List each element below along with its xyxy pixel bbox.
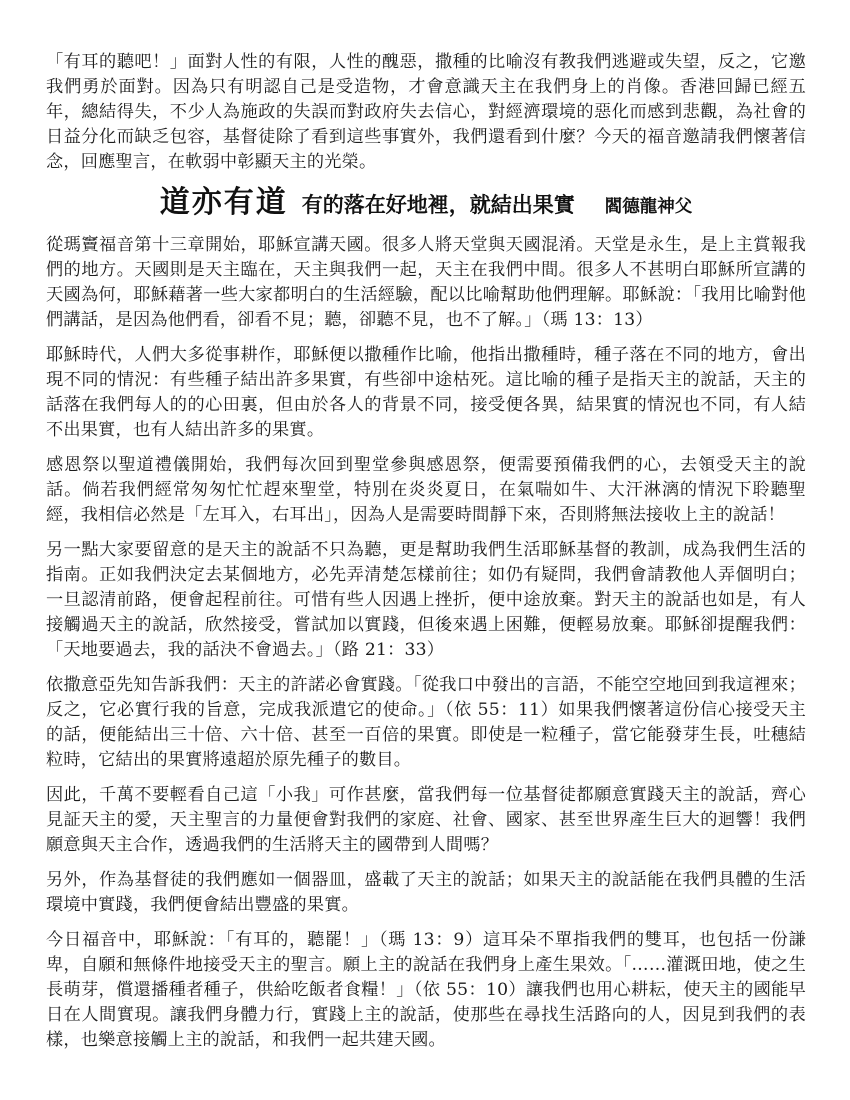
body-paragraph: 依撒意亞先知告訴我們：天主的許諾必會實踐。「從我口中發出的言語，不能空空地回到我… xyxy=(46,673,806,773)
body-paragraph: 另一點大家要留意的是天主的說話不只為聽，更是幫助我們生活耶穌基督的教訓，成為我們… xyxy=(46,538,806,663)
body-paragraph: 從瑪竇福音第十三章開始，耶穌宣講天國。很多人將天堂與天國混淆。天堂是永生，是上主… xyxy=(46,233,806,333)
body-paragraph: 感恩祭以聖道禮儀開始，我們每次回到聖堂參與感恩祭，便需要預備我們的心，去領受天主… xyxy=(46,453,806,528)
body-paragraph: 今日福音中，耶穌說：「有耳的，聽罷！」（瑪 13：9）這耳朵不單指我們的雙耳，也… xyxy=(46,928,806,1053)
body-paragraph: 耶穌時代，人們大多從事耕作，耶穌便以撒種作比喻，他指出撒種時，種子落在不同的地方… xyxy=(46,343,806,443)
document-page: 「有耳的聽吧！」面對人性的有限，人性的醜惡，撒種的比喻沒有教我們逃避或失望，反之… xyxy=(0,0,850,1100)
body-paragraph: 因此，千萬不要輕看自己這「小我」可作甚麼，當我們每一位基督徒都願意實踐天主的說話… xyxy=(46,783,806,858)
intro-paragraph: 「有耳的聽吧！」面對人性的有限，人性的醜惡，撒種的比喻沒有教我們逃避或失望，反之… xyxy=(46,50,806,175)
article-title-line: 道亦有道有的落在好地裡，就結出果實閻德龍神父 xyxy=(46,185,806,225)
article-title: 道亦有道 xyxy=(160,185,288,220)
article-author: 閻德龍神父 xyxy=(605,197,693,217)
article-subtitle: 有的落在好地裡，就結出果實 xyxy=(302,192,575,217)
body-paragraph: 另外，作為基督徒的我們應如一個器皿，盛載了天主的說話；如果天主的說話能在我們具體… xyxy=(46,868,806,918)
